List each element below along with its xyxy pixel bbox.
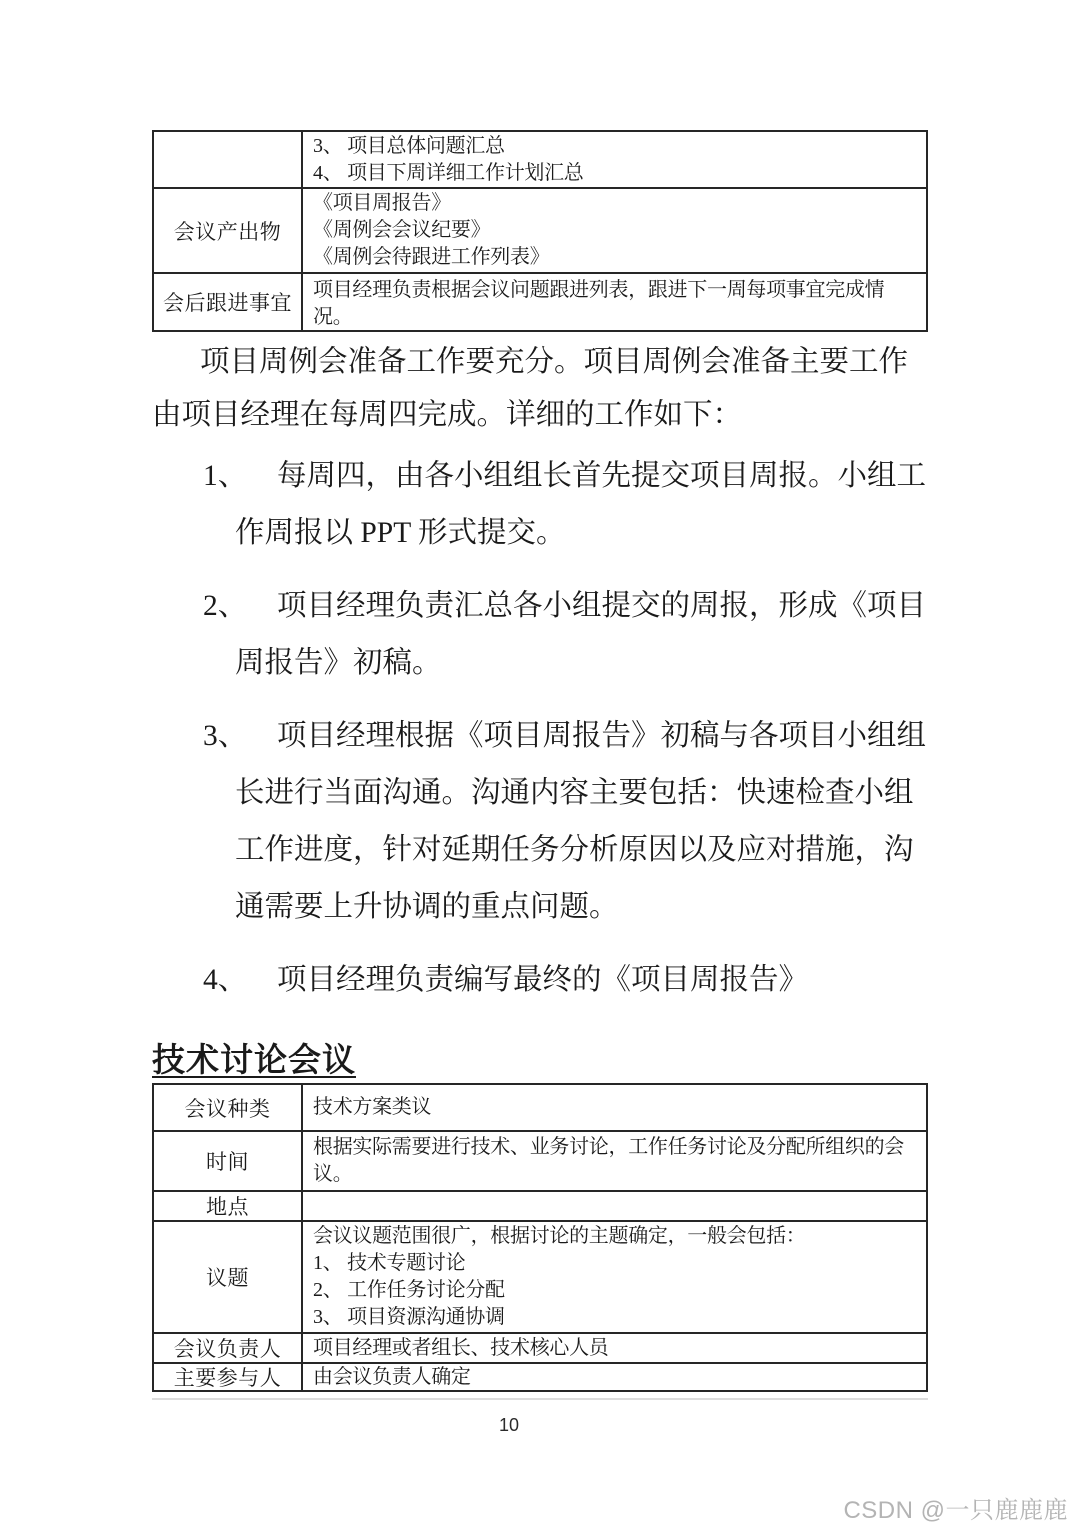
row-label: 主要参与人 (154, 1364, 303, 1390)
faint-divider-line (152, 1398, 928, 1400)
row-content: 3、 项目总体问题汇总 4、 项目下周详细工作计划汇总 (303, 132, 926, 187)
cell-line: 由会议负责人确定 (313, 1364, 922, 1390)
row-label (154, 132, 303, 187)
row-label: 会后跟进事宜 (154, 274, 303, 330)
intro-paragraph: 项目周例会准备工作要充分。项目周例会准备主要工作由项目经理在每周四完成。详细的工… (152, 336, 930, 442)
cell-line: 1、 技术专题讨论 (313, 1250, 922, 1277)
cell-line: 技术方案类议 (313, 1094, 922, 1121)
cell-line: 4、 项目下周详细工作计划汇总 (313, 160, 922, 187)
cell-line: 3、 项目总体问题汇总 (313, 133, 922, 160)
table-row: 议题 会议议题范围很广，根据讨论的主题确定，一般会包括： 1、 技术专题讨论 2… (154, 1220, 926, 1332)
list-item: 3、 项目经理根据《项目周报告》初稿与各项目小组组长进行当面沟通。沟通内容主要包… (235, 708, 930, 936)
row-label: 时间 (154, 1132, 303, 1190)
row-label: 地点 (154, 1192, 303, 1220)
cell-line: 2、 工作任务讨论分配 (313, 1277, 922, 1304)
row-label: 会议种类 (154, 1085, 303, 1130)
weekly-meeting-table: 3、 项目总体问题汇总 4、 项目下周详细工作计划汇总 会议产出物 《项目周报告… (152, 130, 928, 332)
row-label: 议题 (154, 1222, 303, 1332)
cell-line: 《周例会会议纪要》 (313, 217, 922, 244)
row-content: 由会议负责人确定 (303, 1364, 926, 1390)
list-item-text: 每周四，由各小组组长首先提交项目周报。小组工作周报以 PPT 形式提交。 (235, 448, 930, 562)
cell-line: 项目经理或者组长、技术核心人员 (313, 1335, 922, 1362)
table-row: 会议产出物 《项目周报告》 《周例会会议纪要》 《周例会待跟进工作列表》 (154, 187, 926, 272)
numbered-list: 1、 每周四，由各小组组长首先提交项目周报。小组工作周报以 PPT 形式提交。 … (152, 448, 930, 1025)
list-item-number: 4、 (203, 952, 247, 1009)
cell-line: 项目经理负责根据会议问题跟进列表，跟进下一周每项事宜完成情况。 (313, 277, 922, 330)
section-heading: 技术讨论会议 (152, 1039, 356, 1083)
row-content: 技术方案类议 (303, 1085, 926, 1130)
table-row: 地点 (154, 1190, 926, 1220)
row-content: 项目经理或者组长、技术核心人员 (303, 1334, 926, 1362)
table-row: 3、 项目总体问题汇总 4、 项目下周详细工作计划汇总 (154, 132, 926, 187)
table-row: 会议负责人 项目经理或者组长、技术核心人员 (154, 1332, 926, 1362)
table-row: 时间 根据实际需要进行技术、业务讨论，工作任务讨论及分配所组织的会议。 (154, 1130, 926, 1190)
list-item-text: 项目经理根据《项目周报告》初稿与各项目小组组长进行当面沟通。沟通内容主要包括：快… (235, 708, 930, 936)
row-content (303, 1192, 926, 1220)
row-label: 会议负责人 (154, 1334, 303, 1362)
row-label: 会议产出物 (154, 189, 303, 272)
row-content: 会议议题范围很广，根据讨论的主题确定，一般会包括： 1、 技术专题讨论 2、 工… (303, 1222, 926, 1332)
cell-line: 《周例会待跟进工作列表》 (313, 244, 922, 271)
row-content: 根据实际需要进行技术、业务讨论，工作任务讨论及分配所组织的会议。 (303, 1132, 926, 1190)
list-item: 2、 项目经理负责汇总各小组提交的周报，形成《项目周报告》初稿。 (235, 578, 930, 692)
list-item-number: 2、 (203, 578, 247, 635)
list-item: 4、 项目经理负责编写最终的《项目周报告》 (235, 952, 930, 1009)
page-number: 10 (499, 1415, 519, 1436)
table-row: 主要参与人 由会议负责人确定 (154, 1362, 926, 1390)
list-item: 1、 每周四，由各小组组长首先提交项目周报。小组工作周报以 PPT 形式提交。 (235, 448, 930, 562)
cell-line: 会议议题范围很广，根据讨论的主题确定，一般会包括： (313, 1223, 922, 1250)
csdn-watermark: CSDN @一只鹿鹿鹿 (843, 1490, 1068, 1525)
tech-meeting-table: 会议种类 技术方案类议 时间 根据实际需要进行技术、业务讨论，工作任务讨论及分配… (152, 1083, 928, 1392)
cell-line: 《项目周报告》 (313, 190, 922, 217)
list-item-number: 3、 (203, 708, 247, 765)
row-content: 项目经理负责根据会议问题跟进列表，跟进下一周每项事宜完成情况。 (303, 274, 926, 330)
cell-line: 3、 项目资源沟通协调 (313, 1304, 922, 1331)
list-item-number: 1、 (203, 448, 247, 505)
list-item-text: 项目经理负责汇总各小组提交的周报，形成《项目周报告》初稿。 (235, 578, 930, 692)
row-content: 《项目周报告》 《周例会会议纪要》 《周例会待跟进工作列表》 (303, 189, 926, 272)
table-row: 会议种类 技术方案类议 (154, 1085, 926, 1130)
table-row: 会后跟进事宜 项目经理负责根据会议问题跟进列表，跟进下一周每项事宜完成情况。 (154, 272, 926, 330)
list-item-text: 项目经理负责编写最终的《项目周报告》 (235, 952, 930, 1009)
cell-line: 根据实际需要进行技术、业务讨论，工作任务讨论及分配所组织的会议。 (313, 1134, 922, 1188)
